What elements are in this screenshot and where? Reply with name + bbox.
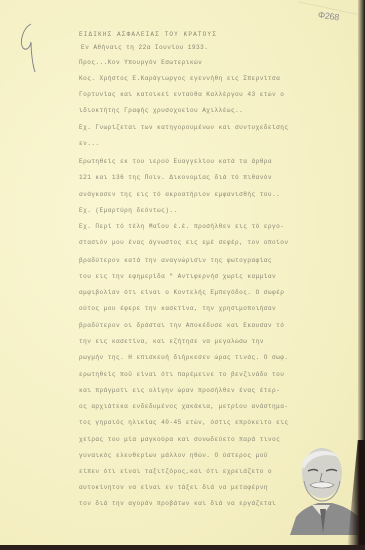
document-page: Φ268 ΕΙΔΙΚΗΣ ΑΣΦΑΛΕΙΑΣ ΤΟΥ ΚΡΑΤΟΥΣ Εν Αθ… xyxy=(0,0,358,545)
text-line: ούτος μου έφερε την κασετίνα, την χρησιμ… xyxy=(79,305,276,312)
text-line: Εχ. (Εμαρτύρη δεόντως).. xyxy=(79,207,178,214)
text-line: Εχ. Γνωρίζεται των κατηγορουμένων και συ… xyxy=(79,124,288,131)
text-line: τον διά την αγοράν προβάτων και διά να ε… xyxy=(79,500,276,507)
text-line: βραδύτερον οι δράσται την Αποκέδυσε και … xyxy=(79,322,284,329)
document-heading: ΕΙΔΙΚΗΣ ΑΣΦΑΛΕΙΑΣ ΤΟΥ ΚΡΑΤΟΥΣ xyxy=(79,31,217,38)
scan-edge-bottom xyxy=(0,545,365,550)
text-line: Ερωτηθείς εκ του ιερού Ευαγγελίου κατά τ… xyxy=(79,158,272,165)
text-line: 121 και 136 της Ποιν. Δικονομίας διά τό … xyxy=(79,174,272,181)
text-line: ανάγκασεν της εις τό ακροατήριον εμφανισ… xyxy=(79,191,280,198)
text-line: ος αρχιάτεκα ενδεδυμένος χακάκια, μετρίο… xyxy=(79,403,288,410)
text-line: είπεν ότι είναι ταξιτζόρος,και ότι εχρει… xyxy=(79,468,272,475)
text-line: ρωγμήν της. Η επισκευή διήρκεσεν ώρας τι… xyxy=(79,354,288,361)
text-line: του εις την εφημερίδα " Αντιφερνήσ χωρίς… xyxy=(79,273,276,280)
text-line: γυναικός ελευθερίων μάλλον ηθών. Ο ύστερ… xyxy=(79,452,268,459)
text-line: Γορτυνίας και κατοικεί ενταύθα Καλλέργου… xyxy=(79,91,284,98)
text-line: Προς...Κον Υπουργόν Εσωτερικών xyxy=(79,59,202,66)
text-line: εν... xyxy=(79,140,100,147)
text-line: Κος. Χρήστος Ε.Καράγιωργος εγεννήθη εις … xyxy=(79,75,280,82)
text-line: τος γηραιός ηλικίας 40-45 ετών, όστις επ… xyxy=(79,419,288,426)
text-line: Εχ. Περί τό τέλη Μαΐου έ.έ. προσήλθεν ει… xyxy=(79,223,284,230)
date-line: Εν Αθήναις τη 22α Ιουνίου 1933. xyxy=(81,44,208,51)
archive-number: Φ268 xyxy=(317,10,339,23)
text-line: αυτοκίνητον να είναι εν τάξει διά να μετ… xyxy=(79,484,268,491)
text-line: και πράγματι εις ολίγην ώραν προσήλθεν έ… xyxy=(79,387,280,394)
text-line: την εις κασετίνα, και εζήτησε να μεγαλώσ… xyxy=(79,338,264,345)
margin-annotation-9 xyxy=(17,22,37,74)
text-line: χείρας του μία μαγκούρα και συνωδεύετο π… xyxy=(79,436,280,443)
text-line: ερωτηθείς ποῦ είναι ότι παρέμεινε το βεν… xyxy=(79,371,284,378)
text-line: ιδιοκτήτης Γραφής χρυσοχοείου Αχιλλέως.. xyxy=(79,107,243,114)
text-line: στασιόν μου ένας άγνωστος εις εμέ σεφέρ,… xyxy=(79,239,288,246)
text-line: αμφιβολίαν ότι είναι ο Κοντελής Εμπεγόδο… xyxy=(79,289,284,296)
text-line: βραδύτερον κατά την αναγνώρισιν της φωτο… xyxy=(79,257,272,264)
